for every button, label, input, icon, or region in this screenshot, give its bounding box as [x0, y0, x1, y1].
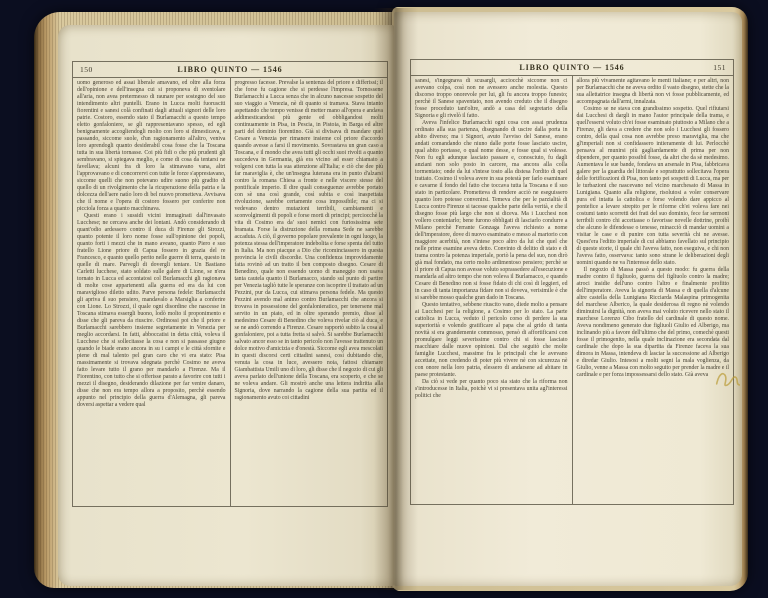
book-scan-background: 150 LIBRO QUINTO — 1546 uomo generoso ed…	[0, 0, 768, 598]
running-title: LIBRO QUINTO — 1546	[177, 65, 282, 74]
paragraph: progresso facesse. Prevalse la sentenza …	[235, 80, 384, 402]
text-column: uomo generoso ed assai liberale amavano,…	[73, 78, 230, 506]
right-page-text-frame: LIBRO QUINTO — 1546 151 sanesi, s'ingegn…	[410, 59, 734, 505]
left-page-columns: uomo generoso ed assai liberale amavano,…	[73, 78, 387, 506]
paragraph: Il negozio di Massa passò a questo modo:…	[577, 267, 730, 379]
left-page-header: 150 LIBRO QUINTO — 1546	[73, 62, 387, 78]
paragraph: Questo tentativo, sebbene riuscito vano,…	[415, 302, 568, 379]
left-page-text-frame: 150 LIBRO QUINTO — 1546 uomo generoso ed…	[72, 61, 388, 507]
paragraph: allora più vivamente agitavano le menti …	[577, 78, 730, 106]
left-page-number: 150	[80, 65, 93, 74]
paragraph: Da ciò si vede per quanto poco sia stato…	[415, 379, 568, 400]
text-column: progresso facesse. Prevalse la sentenza …	[230, 78, 388, 506]
paragraph: Questi erano i sussidi vicini immaginati…	[77, 213, 226, 409]
running-title: LIBRO QUINTO — 1546	[519, 63, 624, 72]
text-column: sanesi, s'ingegnava di scusargli, accioc…	[411, 76, 572, 504]
right-page-columns: sanesi, s'ingegnava di scusargli, accioc…	[411, 76, 733, 504]
paragraph: Cosimo se ne stava con grandissimo sospe…	[577, 106, 730, 267]
paragraph: Aveva l'infelice Burlamacchi ogni cosa c…	[415, 120, 568, 302]
paragraph: sanesi, s'ingegnava di scusargli, accioc…	[415, 78, 568, 120]
right-page-header: LIBRO QUINTO — 1546 151	[411, 60, 733, 76]
text-column: allora più vivamente agitavano le menti …	[572, 76, 734, 504]
paragraph: uomo generoso ed assai liberale amavano,…	[77, 80, 226, 213]
right-page-number: 151	[713, 63, 726, 72]
